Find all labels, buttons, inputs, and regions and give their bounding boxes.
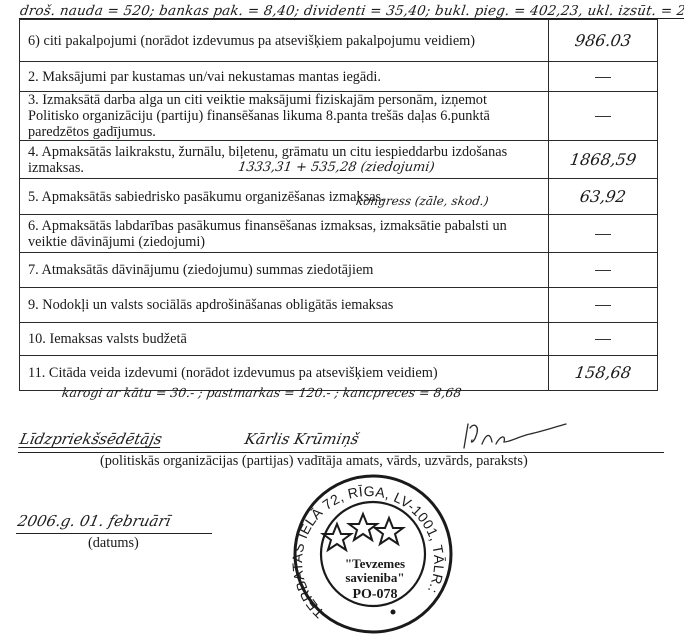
row-label: 6) citi pakalpojumi (norādot izdevumus p… <box>20 20 549 62</box>
svg-text:savieniba": savieniba" <box>345 570 404 585</box>
row-label: 2. Maksājumi par kustamas un/vai nekusta… <box>20 62 549 92</box>
handwritten-date: 2006.g. 01. februārī <box>16 512 172 530</box>
handwritten-row-note: kongress (zāle, skod.) <box>355 193 490 209</box>
table-row: 9. Nodokļi un valsts sociālās apdrošināš… <box>20 288 658 323</box>
table-row: 5. Apmaksātās sabiedrisko pasākumu organ… <box>20 179 658 215</box>
row-amount <box>549 62 658 92</box>
table-row: 2. Maksājumi par kustamas un/vai nekusta… <box>20 62 658 92</box>
row-label: 4. Apmaksātās laikrakstu, žurnālu, biļet… <box>20 141 549 179</box>
row-label: 9. Nodokļi un valsts sociālās apdrošināš… <box>20 288 549 323</box>
dash-icon <box>595 77 611 78</box>
dash-icon <box>595 270 611 271</box>
dash-icon <box>595 234 611 235</box>
row-amount <box>549 92 658 141</box>
date-caption: (datums) <box>88 535 139 552</box>
row-label: 6. Apmaksātās labdarības pasākumus finan… <box>20 215 549 253</box>
row-amount: 1868,59 <box>549 141 658 179</box>
svg-text:PO-078: PO-078 <box>352 587 397 602</box>
dash-icon <box>595 116 611 117</box>
row-label: 7. Atmaksātās dāvinājumu (ziedojumu) sum… <box>20 253 549 288</box>
signer-name: Kārlis Krūmiņš <box>243 430 361 448</box>
signature-scribble-icon <box>460 418 570 454</box>
row-label: 10. Iemaksas valsts budžetā <box>20 323 549 356</box>
table-row: 4. Apmaksātās laikrakstu, žurnālu, biļet… <box>20 141 658 179</box>
expenses-table: 6) citi pakalpojumi (norādot izdevumus p… <box>19 19 658 391</box>
row-amount <box>549 253 658 288</box>
table-row: 10. Iemaksas valsts budžetā <box>20 323 658 356</box>
official-stamp-icon: TERBATAS IELĀ 72, RĪGA, LV-1001, TĀLR.: … <box>285 472 455 634</box>
handwritten-top-note: droš. nauda = 520; bankas pak. = 8,40; d… <box>19 3 684 19</box>
table-row: 6. Apmaksātās labdarības pasākumus finan… <box>20 215 658 253</box>
handwritten-row-note: 1333,31 + 535,28 (ziedojumi) <box>237 160 436 176</box>
signature-caption: (politiskās organizācijas (partijas) vad… <box>100 453 528 470</box>
row-amount: 986.03 <box>549 20 658 62</box>
dash-icon <box>595 305 611 306</box>
handwritten-bottom-note: karogi ar kātu = 30.- ; pastmarkas = 120… <box>61 385 463 400</box>
row-label: 5. Apmaksātās sabiedrisko pasākumu organ… <box>20 179 549 215</box>
table-row: 7. Atmaksātās dāvinājumu (ziedojumu) sum… <box>20 253 658 288</box>
row-amount <box>549 323 658 356</box>
row-label: 3. Izmaksātā darba alga un citi veiktie … <box>20 92 549 141</box>
table-row: 6) citi pakalpojumi (norādot izdevumus p… <box>20 20 658 62</box>
dash-icon <box>595 339 611 340</box>
signer-position: Līdzpriekšsēdētājs <box>18 430 164 448</box>
svg-text:"Tevzemes: "Tevzemes <box>345 556 405 571</box>
row-amount: 63,92 <box>549 179 658 215</box>
table-row: 3. Izmaksātā darba alga un citi veiktie … <box>20 92 658 141</box>
row-amount <box>549 288 658 323</box>
row-amount: 158,68 <box>549 356 658 391</box>
row-amount <box>549 215 658 253</box>
date-line <box>16 533 212 534</box>
